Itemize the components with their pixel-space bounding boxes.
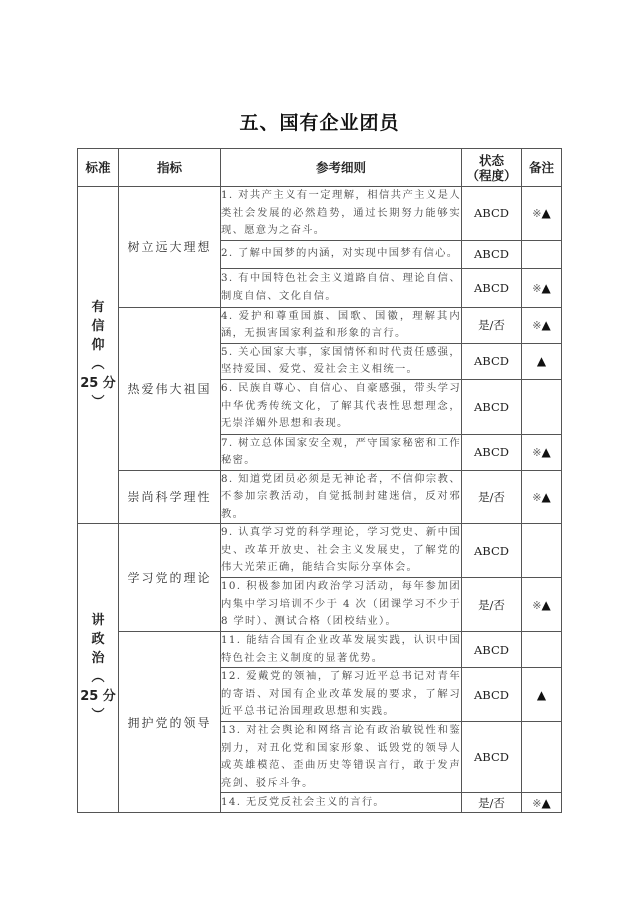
- status-cell: ABCD: [462, 379, 522, 434]
- detail-cell: 9. 认真学习党的科学理论，学习党史、新中国史、改革开放史、社会主义发展史，了解…: [221, 524, 462, 578]
- standard-cell-faith: 有 信 仰 ︵ 25 分 ︶: [78, 187, 119, 524]
- page-title: 五、国有企业团员: [0, 108, 639, 135]
- notes-cell: ▲: [522, 343, 562, 379]
- triangle-mark-icon: ▲: [541, 445, 550, 459]
- table-row: 热爱伟大祖国 4. 爱护和尊重国旗、国歌、国徽，理解其内涵，无损害国家利益和形象…: [78, 307, 562, 343]
- notes-cell: ※▲: [522, 434, 562, 470]
- detail-cell: 5. 关心国家大事，家国情怀和时代责任感强，坚持爱国、爱党、爱社会主义相统一。: [221, 343, 462, 379]
- status-cell: ABCD: [462, 722, 522, 793]
- triangle-mark-icon: ▲: [537, 354, 546, 368]
- notes-cell: [522, 240, 562, 268]
- detail-cell: 8. 知道党团员必须是无神论者，不信仰宗教、不参加宗教活动，自觉抵制封建迷信，反…: [221, 470, 462, 524]
- status-cell: ABCD: [462, 434, 522, 470]
- table-row: 讲 政 治 ︵ 25 分 ︶ 学习党的理论 9. 认真学习党的科学理论，学习党史…: [78, 524, 562, 578]
- detail-cell: 10. 积极参加团内政治学习活动，每年参加团内集中学习培训不少于 4 次（团课学…: [221, 578, 462, 632]
- triangle-mark-icon: ▲: [541, 206, 550, 220]
- triangle-mark-icon: ▲: [541, 281, 550, 295]
- standard-cell-politics: 讲 政 治 ︵ 25 分 ︶: [78, 524, 119, 813]
- header-indicator: 指标: [119, 149, 221, 187]
- indicator-cell: 崇尚科学理性: [119, 470, 221, 524]
- notes-cell: ※▲: [522, 307, 562, 343]
- table-row: 崇尚科学理性 8. 知道党团员必须是无神论者，不信仰宗教、不参加宗教活动，自觉抵…: [78, 470, 562, 524]
- indicator-cell: 树立远大理想: [119, 187, 221, 308]
- detail-cell: 7. 树立总体国家安全观，严守国家秘密和工作秘密。: [221, 434, 462, 470]
- notes-cell: [522, 379, 562, 434]
- status-cell: 是/否: [462, 578, 522, 632]
- standard-score: 25 分: [80, 689, 116, 704]
- detail-cell: 3. 有中国特色社会主义道路自信、理论自信、制度自信、文化自信。: [221, 268, 462, 307]
- table-row: 有 信 仰 ︵ 25 分 ︶ 树立远大理想 1. 对共产主义有一定理解，相信共产…: [78, 187, 562, 241]
- status-cell: 是/否: [462, 793, 522, 813]
- notes-cell: [522, 722, 562, 793]
- detail-cell: 4. 爱护和尊重国旗、国歌、国徽，理解其内涵，无损害国家利益和形象的言行。: [221, 307, 462, 343]
- status-cell: ABCD: [462, 524, 522, 578]
- notes-cell: ※▲: [522, 187, 562, 241]
- triangle-mark-icon: ▲: [541, 796, 550, 810]
- notes-cell: ※▲: [522, 268, 562, 307]
- detail-cell: 14. 无反党反社会主义的言行。: [221, 793, 462, 813]
- evaluation-table: 标准 指标 参考细则 状态（程度） 备注 有 信 仰 ︵ 25 分 ︶ 树立远大…: [77, 148, 562, 813]
- header-row: 标准 指标 参考细则 状态（程度） 备注: [78, 149, 562, 187]
- header-status: 状态（程度）: [462, 149, 522, 187]
- table-row: 拥护党的领导 11. 能结合国有企业改革发展实践，认识中国特色社会主义制度的显著…: [78, 632, 562, 668]
- indicator-cell: 热爱伟大祖国: [119, 307, 221, 470]
- status-cell: 是/否: [462, 470, 522, 524]
- triangle-mark-icon: ▲: [541, 598, 550, 612]
- status-cell: ABCD: [462, 187, 522, 241]
- header-details: 参考细则: [221, 149, 462, 187]
- notes-cell: ※▲: [522, 793, 562, 813]
- detail-cell: 11. 能结合国有企业改革发展实践，认识中国特色社会主义制度的显著优势。: [221, 632, 462, 668]
- status-cell: ABCD: [462, 268, 522, 307]
- detail-cell: 1. 对共产主义有一定理解，相信共产主义是人类社会发展的必然趋势，通过长期努力能…: [221, 187, 462, 241]
- header-notes: 备注: [522, 149, 562, 187]
- notes-cell: [522, 524, 562, 578]
- detail-cell: 12. 爱戴党的领袖，了解习近平总书记对青年的寄语、对国有企业改革发展的要求，了…: [221, 668, 462, 722]
- status-cell: 是/否: [462, 307, 522, 343]
- triangle-mark-icon: ▲: [537, 688, 546, 702]
- status-cell: ABCD: [462, 240, 522, 268]
- notes-cell: ▲: [522, 668, 562, 722]
- triangle-mark-icon: ▲: [541, 490, 550, 504]
- indicator-cell: 学习党的理论: [119, 524, 221, 632]
- notes-cell: ※▲: [522, 470, 562, 524]
- indicator-cell: 拥护党的领导: [119, 632, 221, 813]
- detail-cell: 2. 了解中国梦的内涵，对实现中国梦有信心。: [221, 240, 462, 268]
- notes-cell: ※▲: [522, 578, 562, 632]
- header-standard: 标准: [78, 149, 119, 187]
- status-cell: ABCD: [462, 668, 522, 722]
- status-cell: ABCD: [462, 632, 522, 668]
- standard-score: 25 分: [80, 376, 116, 391]
- detail-cell: 6. 民族自尊心、自信心、自豪感强，带头学习中华优秀传统文化，了解其代表性思想理…: [221, 379, 462, 434]
- notes-cell: [522, 632, 562, 668]
- triangle-mark-icon: ▲: [541, 318, 550, 332]
- status-cell: ABCD: [462, 343, 522, 379]
- detail-cell: 13. 对社会舆论和网络言论有政治敏锐性和鉴别力，对丑化党和国家形象、诋毁党的领…: [221, 722, 462, 793]
